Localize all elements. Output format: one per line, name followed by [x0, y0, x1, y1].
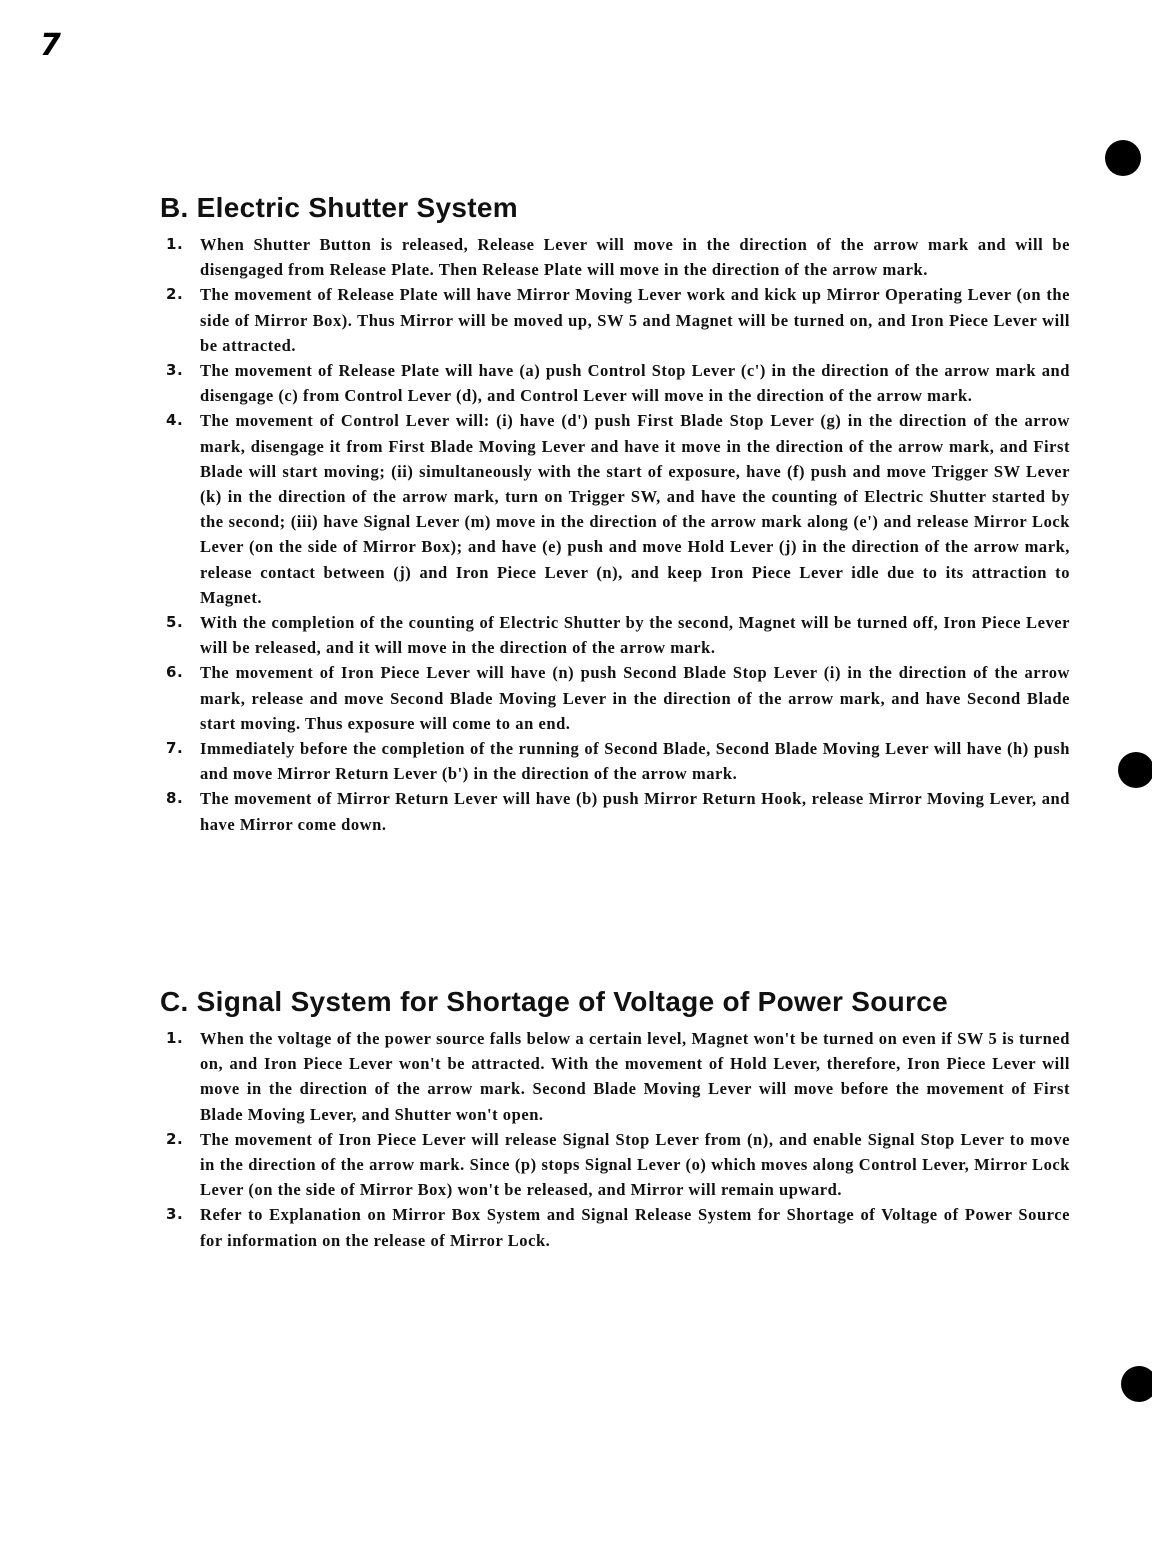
item-text: Immediately before the completion of the… — [200, 739, 1070, 783]
item-text: When the voltage of the power source fal… — [200, 1029, 1070, 1124]
item-number: 6. — [166, 660, 183, 685]
item-number: 1. — [166, 232, 183, 257]
list-item: 1.When Shutter Button is released, Relea… — [160, 232, 1070, 282]
item-number: 7. — [166, 736, 183, 761]
binder-hole-top — [1105, 140, 1141, 176]
section-electric-shutter-system: B. Electric Shutter System 1.When Shutte… — [160, 192, 1070, 837]
item-number: 3. — [166, 358, 183, 383]
list-item: 2.The movement of Release Plate will hav… — [160, 282, 1070, 358]
list-item: 7.Immediately before the completion of t… — [160, 736, 1070, 786]
item-text: The movement of Control Lever will: (i) … — [200, 411, 1070, 606]
item-text: Refer to Explanation on Mirror Box Syste… — [200, 1205, 1070, 1249]
list-item: 5.With the completion of the counting of… — [160, 610, 1070, 660]
item-text: When Shutter Button is released, Release… — [200, 235, 1070, 279]
item-text: The movement of Mirror Return Lever will… — [200, 789, 1070, 833]
item-number: 1. — [166, 1026, 183, 1051]
list-item: 4.The movement of Control Lever will: (i… — [160, 408, 1070, 610]
item-number: 2. — [166, 1127, 183, 1152]
list-item: 3.Refer to Explanation on Mirror Box Sys… — [160, 1202, 1070, 1252]
item-text: The movement of Release Plate will have … — [200, 361, 1070, 405]
list-item: 6.The movement of Iron Piece Lever will … — [160, 660, 1070, 736]
list-item: 2.The movement of Iron Piece Lever will … — [160, 1127, 1070, 1203]
binder-hole-middle — [1118, 752, 1152, 788]
list-item: 3.The movement of Release Plate will hav… — [160, 358, 1070, 408]
section-heading: B. Electric Shutter System — [160, 192, 1070, 224]
item-number: 2. — [166, 282, 183, 307]
steps-list: 1.When the voltage of the power source f… — [160, 1026, 1070, 1253]
section-heading: C. Signal System for Shortage of Voltage… — [160, 986, 1070, 1018]
item-text: The movement of Iron Piece Lever will ha… — [200, 663, 1070, 732]
item-number: 4. — [166, 408, 183, 433]
item-text: The movement of Iron Piece Lever will re… — [200, 1130, 1070, 1199]
item-number: 8. — [166, 786, 183, 811]
item-number: 3. — [166, 1202, 183, 1227]
item-text: With the completion of the counting of E… — [200, 613, 1070, 657]
item-number: 5. — [166, 610, 183, 635]
list-item: 8.The movement of Mirror Return Lever wi… — [160, 786, 1070, 836]
steps-list: 1.When Shutter Button is released, Relea… — [160, 232, 1070, 837]
section-signal-system-voltage-shortage: C. Signal System for Shortage of Voltage… — [160, 986, 1070, 1253]
page-number: 7 — [40, 28, 61, 63]
list-item: 1.When the voltage of the power source f… — [160, 1026, 1070, 1127]
item-text: The movement of Release Plate will have … — [200, 285, 1070, 354]
binder-hole-bottom — [1121, 1366, 1152, 1402]
